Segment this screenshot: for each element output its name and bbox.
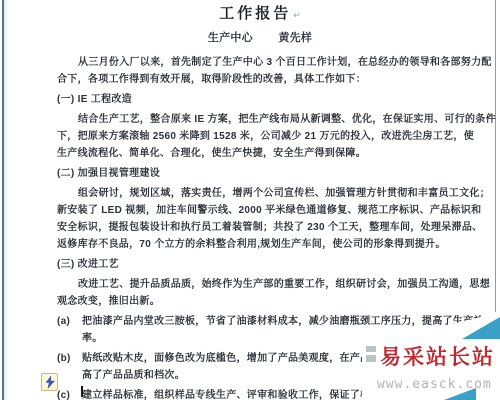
watermark-triangle-icon: [462, 315, 500, 341]
section-3-paragraph: 改进工艺、提升品质品质，始终作为生产部的重要工作，组织研讨会，加强员工沟通，思想…: [57, 276, 463, 310]
byline-org: 生产中心: [208, 32, 253, 44]
section-heading-2: (二) 加强目视管理建设: [57, 165, 463, 182]
text-line: 合下，各项工作得到有效开展，取得阶段性的改善，具体工作如下：: [57, 71, 463, 88]
text-line: 返修库存不良品，70 个立方的余料整合利用,规划生产车间，使公司的形象得到提升。: [57, 236, 463, 253]
text-line: 安全标识，提报包装设计和执行员工着装管制；共投了 230 个工天，整理车间，处理…: [57, 219, 463, 236]
doc-title-text: 工作报告: [219, 5, 291, 22]
text-line: 组会研讨，规划区域，落实责任，增两个公司宣传栏、加强管理方针贯彻和丰富员工文化；: [57, 185, 463, 202]
page-left-edge: [2, 0, 4, 400]
section-2-paragraph: 组会研讨，规划区域，落实责任，增两个公司宣传栏、加强管理方针贯彻和丰富员工文化；…: [57, 185, 463, 253]
intro-paragraph: 从三月份入厂以来，首先制定了生产中心 3 个百日工作计划，在总经办的领导和各部努…: [57, 54, 463, 88]
byline: 生产中心 黄先样: [57, 30, 463, 46]
text-line: 观念改变，推旧出新。: [57, 293, 463, 310]
text-line: 改进工艺、提升品质品质，始终作为生产部的重要工作，组织研讨会，加强员工沟通，思想: [57, 276, 463, 293]
section-1-paragraph: 结合生产工艺，整合原来 IE 方案，把生产线布局从新调整、优化，在保证实用、可行…: [57, 111, 463, 162]
document-page: 工作报告↵ 生产中心 黄先样 从三月份入厂以来，首先制定了生产中心 3 个百日工…: [0, 0, 500, 400]
byline-author: 黄先样: [278, 32, 312, 44]
lightning-icon: [44, 376, 56, 389]
list-marker: (a): [57, 313, 82, 330]
text-cursor: [81, 386, 83, 397]
paragraph-mark-icon: ↵: [293, 10, 301, 20]
smart-tag-icon[interactable]: [41, 373, 58, 391]
text-line: 生产线流程化、简单化、合理化，使生产快捷，安全生产得到保障。: [57, 145, 463, 162]
text-line: 下，把原来方案滚轴 2560 米降到 1528 米，公司减少 21 万元的投入，…: [57, 128, 463, 145]
watermark-url: www.easck.com: [377, 377, 492, 392]
page-right-edge: [495, 0, 496, 312]
text-line: 把油漆产品内堂改三胺板，节省了油漆材料成本，减少油磨瓶颈工序压力，提高了生产效: [82, 313, 463, 330]
text-line: 从三月份入厂以来，首先制定了生产中心 3 个百日工作计划，在总经办的领导和各部努…: [57, 54, 463, 71]
section-heading-3: (三) 改进工艺: [57, 256, 463, 273]
text-line: 结合生产工艺，整合原来 IE 方案，把生产线布局从新调整、优化，在保证实用、可行…: [57, 111, 463, 128]
text-line: 新安装了 LED 视频，加注车间警示线、2000 平米绿色通道修复、规范工序标识…: [57, 202, 463, 219]
section-heading-1: (一) IE 工程改造: [57, 91, 463, 108]
watermark-brand: 易采站长站: [380, 341, 495, 371]
page-left-shadow: [4, 0, 7, 400]
watermark-clipped-glyph: [366, 346, 376, 362]
page-title: 工作报告↵: [57, 4, 463, 24]
list-marker: (b): [57, 350, 82, 367]
list-marker: (c): [57, 387, 82, 400]
